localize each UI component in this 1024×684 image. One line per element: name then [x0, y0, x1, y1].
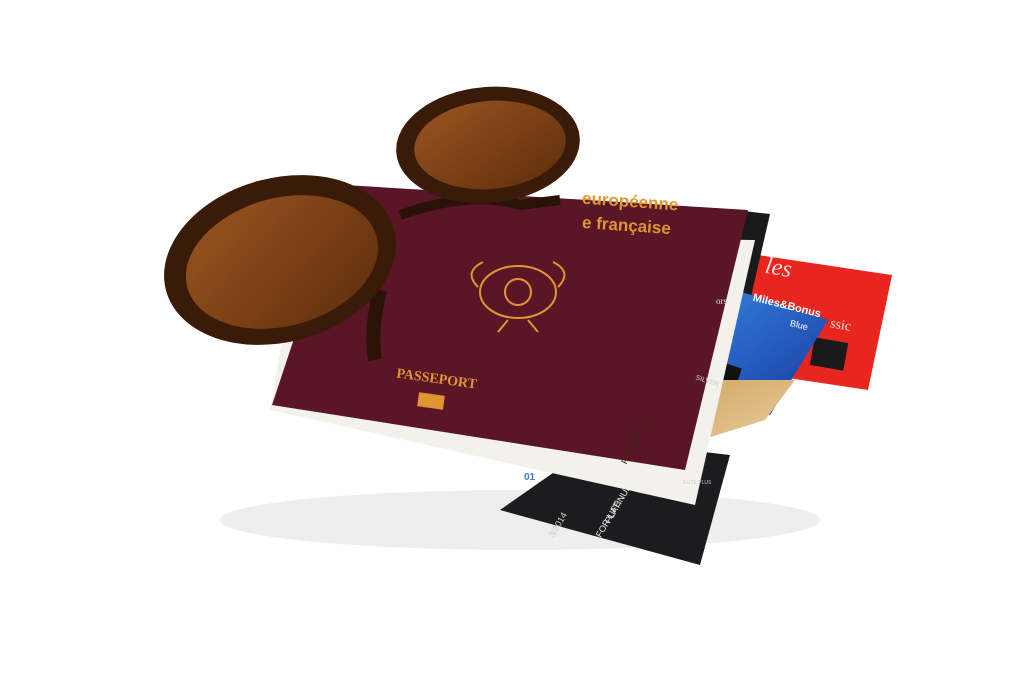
- photo-illustration: [0, 0, 1024, 684]
- dark-card-text: ors: [716, 296, 727, 306]
- passport-page-tab: 01: [524, 472, 535, 483]
- black-card-logo: ELITE PLUS: [683, 480, 711, 486]
- photo-scene: européenne e française PASSEPORT 01 les …: [0, 0, 1024, 684]
- red-card-subtitle: ssic: [829, 316, 852, 335]
- red-card-text: les: [763, 253, 794, 284]
